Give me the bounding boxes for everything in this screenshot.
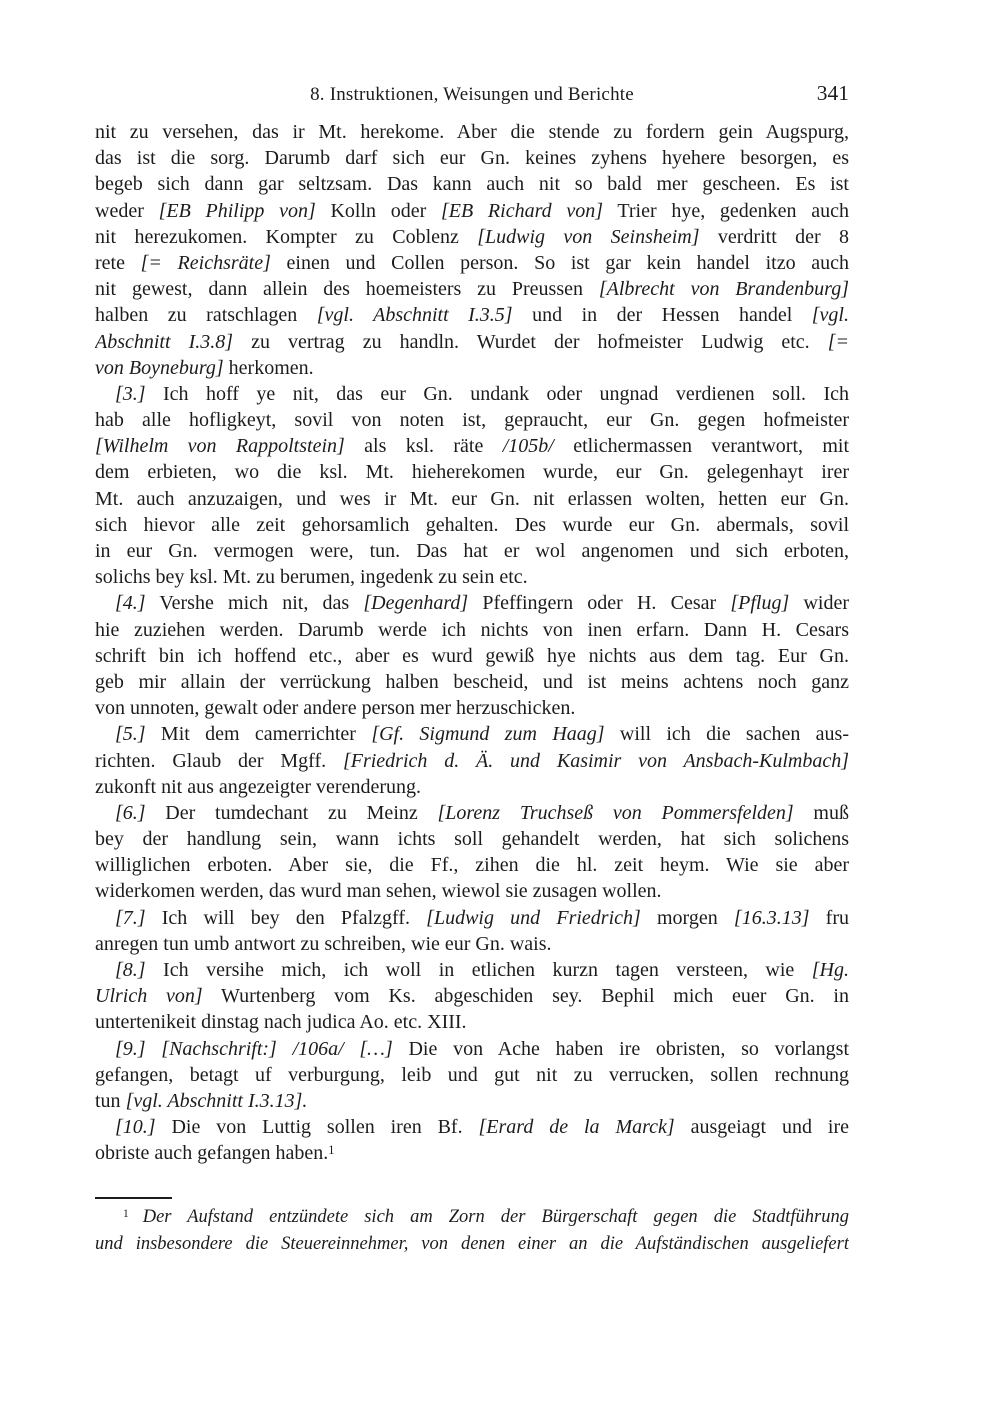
editorial-insertion: [vgl. Abschnitt I.3.13].	[126, 1090, 308, 1112]
text-line: tun [vgl. Abschnitt I.3.13].	[95, 1088, 849, 1114]
footnote-rule	[95, 1197, 172, 1199]
text-segment: verdritt der 8	[700, 226, 849, 248]
text-line: hie zuziehen werden. Darumb werde ich ni…	[95, 617, 849, 643]
text-line: das ist die sorg. Darumb darf sich eur G…	[95, 145, 849, 171]
editorial-insertion: [16.3.13]	[734, 907, 810, 929]
text-line: [8.] Ich versihe mich, ich woll in etlic…	[95, 957, 849, 983]
editorial-insertion: [4.]	[115, 592, 146, 614]
text-line: [5.] Mit dem camerrichter [Gf. Sigmund z…	[95, 721, 849, 747]
text-line: solichs bey ksl. Mt. zu berumen, ingeden…	[95, 564, 849, 590]
text-segment: weder	[95, 200, 159, 222]
text-segment: einen und Collen person. So ist gar kein…	[271, 252, 849, 274]
text-segment: Pfeffingern oder H. Cesar	[468, 592, 730, 614]
text-segment: Mt. auch anzuzaigen, und wes ir Mt. eur …	[95, 488, 849, 510]
editorial-insertion: [Pflug]	[730, 592, 789, 614]
text-segment: Wurtenberg vom Ks. abgeschiden sey. Beph…	[203, 985, 849, 1007]
text-segment: herkomen.	[224, 357, 314, 379]
text-line: geb mir allain der verrückung halben bes…	[95, 669, 849, 695]
text-segment: Ich versihe mich, ich woll in etlichen k…	[146, 959, 812, 981]
editorial-insertion: [Wilhelm von Rappoltstein]	[95, 435, 345, 457]
text-line: [7.] Ich will bey den Pfalzgff. [Ludwig …	[95, 905, 849, 931]
text-segment: Trier hye, gedenken auch	[603, 200, 849, 222]
text-line: anregen tun umb antwort zu schreiben, wi…	[95, 931, 849, 957]
text-line: [4.] Vershe mich nit, das [Degenhard] Pf…	[95, 590, 849, 616]
editorial-insertion: von Boyneburg]	[95, 357, 224, 379]
text-segment: nit herezukomen. Kompter zu Coblenz	[95, 226, 477, 248]
text-line: zukonft nit aus angezeigter verenderung.	[95, 774, 849, 800]
text-line: [9.] [Nachschrift:] /106a/ […] Die von A…	[95, 1036, 849, 1062]
text-segment: halben zu ratschlagen	[95, 304, 317, 326]
text-line: [3.] Ich hoff ye nit, das eur Gn. undank…	[95, 381, 849, 407]
text-segment: das ist die sorg. Darumb darf sich eur G…	[95, 147, 849, 169]
editorial-insertion: [3.]	[115, 383, 146, 405]
editorial-insertion: [Ludwig und Friedrich]	[426, 907, 641, 929]
text-segment: zu vertrag zu handln. Wurdet der hofmeis…	[233, 331, 828, 353]
editorial-insertion: [= Reichsräte]	[141, 252, 271, 274]
text-segment: muß	[794, 802, 849, 824]
text-line: hab alle hofligkeyt, sovil von noten ist…	[95, 407, 849, 433]
text-segment: solichs bey ksl. Mt. zu berumen, ingeden…	[95, 566, 528, 588]
editorial-insertion: [Lorenz Truchseß von Pommersfelden]	[437, 802, 793, 824]
text-line: [Wilhelm von Rappoltstein] als ksl. räte…	[95, 433, 849, 459]
editorial-insertion: [8.]	[115, 959, 146, 981]
text-segment: richten. Glaub der Mgff.	[95, 750, 343, 772]
text-line: nit zu versehen, das ir Mt. herekome. Ab…	[95, 119, 849, 145]
text-line: nit gewest, dann allein des hoemeisters …	[95, 276, 849, 302]
text-line: sich hievor alle zeit gehorsamlich gehal…	[95, 512, 849, 538]
text-line: obriste auch gefangen haben.1	[95, 1140, 849, 1166]
editorial-insertion: [9.] [Nachschrift:] /106a/ […]	[115, 1038, 393, 1060]
editorial-insertion: und insbesondere die Steuereinnehmer, vo…	[95, 1234, 849, 1254]
text-line: untertenikeit dinstag nach judica Ao. et…	[95, 1009, 849, 1035]
running-head: 8. Instruktionen, Weisungen und Berichte…	[95, 82, 849, 108]
text-line: bey der handlung sein, wann ichts soll g…	[95, 826, 849, 852]
text-segment: dem erbieten, wo die ksl. Mt. hieherekom…	[95, 461, 849, 483]
text-segment: als ksl. räte	[345, 435, 503, 457]
editorial-insertion: [10.]	[115, 1116, 156, 1138]
footnote-marker: 1	[123, 1208, 129, 1220]
footnote-text: 1Der Aufstand entzündete sich am Zorn de…	[95, 1204, 849, 1257]
text-line: [6.] Der tumdechant zu Meinz [Lorenz Tru…	[95, 800, 849, 826]
editorial-insertion: [Gf. Sigmund zum Haag]	[371, 723, 604, 745]
text-segment: wider	[789, 592, 849, 614]
footnote-line: und insbesondere die Steuereinnehmer, vo…	[95, 1231, 849, 1258]
text-segment: begeb sich dann gar seltzsam. Das kann a…	[95, 173, 849, 195]
editorial-insertion: [7.]	[115, 907, 146, 929]
text-segment: von unnoten, gewalt oder andere person m…	[95, 697, 575, 719]
editorial-insertion: Ulrich von]	[95, 985, 203, 1007]
text-segment: hie zuziehen werden. Darumb werde ich ni…	[95, 619, 849, 641]
text-segment: in eur Gn. vermogen were, tun. Das hat e…	[95, 540, 849, 562]
editorial-insertion: [Hg.	[812, 959, 849, 981]
body-text: nit zu versehen, das ir Mt. herekome. Ab…	[95, 119, 849, 1167]
text-line: in eur Gn. vermogen were, tun. Das hat e…	[95, 538, 849, 564]
editorial-insertion: [Friedrich d. Ä. und Kasimir von Ansbach…	[343, 750, 849, 772]
text-line: gefangen, betagt uf verburgung, leib und…	[95, 1062, 849, 1088]
text-line: nit herezukomen. Kompter zu Coblenz [Lud…	[95, 224, 849, 250]
editorial-insertion: [Albrecht von Brandenburg]	[599, 278, 849, 300]
text-segment: Der tumdechant zu Meinz	[146, 802, 438, 824]
text-segment: nit gewest, dann allein des hoemeisters …	[95, 278, 599, 300]
text-segment: williglichen erboten. Aber sie, die Ff.,…	[95, 854, 849, 876]
text-line: von unnoten, gewalt oder andere person m…	[95, 695, 849, 721]
text-segment: hab alle hofligkeyt, sovil von noten ist…	[95, 409, 849, 431]
text-line: halben zu ratschlagen [vgl. Abschnitt I.…	[95, 302, 849, 328]
text-line: schrift bin ich hoffend etc., aber es wu…	[95, 643, 849, 669]
text-segment: Ich hoff ye nit, das eur Gn. undank oder…	[146, 383, 849, 405]
text-segment: Mit dem camerrichter	[146, 723, 372, 745]
text-segment: ausgeiagt und ire	[675, 1116, 849, 1138]
text-segment: Die von Luttig sollen iren Bf.	[156, 1116, 479, 1138]
text-segment: und in der Hessen handel	[513, 304, 812, 326]
text-segment: gefangen, betagt uf verburgung, leib und…	[95, 1064, 849, 1086]
text-segment: Vershe mich nit, das	[146, 592, 364, 614]
editorial-insertion: Abschnitt I.3.8]	[95, 331, 233, 353]
text-segment: tun	[95, 1090, 126, 1112]
text-segment: obriste auch gefangen haben.	[95, 1142, 328, 1164]
text-line: begeb sich dann gar seltzsam. Das kann a…	[95, 171, 849, 197]
editorial-insertion: [Erard de la Marck]	[479, 1116, 675, 1138]
editorial-insertion: [EB Philipp von]	[159, 200, 316, 222]
text-segment: Kolln oder	[316, 200, 441, 222]
text-line: Abschnitt I.3.8] zu vertrag zu handln. W…	[95, 329, 849, 355]
editorial-insertion: [5.]	[115, 723, 146, 745]
text-line: von Boyneburg] herkomen.	[95, 355, 849, 381]
text-segment: nit zu versehen, das ir Mt. herekome. Ab…	[95, 121, 849, 143]
editorial-insertion: [=	[828, 331, 849, 353]
text-line: weder [EB Philipp von] Kolln oder [EB Ri…	[95, 198, 849, 224]
text-segment: geb mir allain der verrückung halben bes…	[95, 671, 849, 693]
editorial-insertion: [Degenhard]	[363, 592, 468, 614]
editorial-insertion: [EB Richard von]	[441, 200, 603, 222]
text-line: dem erbieten, wo die ksl. Mt. hieherekom…	[95, 459, 849, 485]
text-segment: sich hievor alle zeit gehorsamlich gehal…	[95, 514, 849, 536]
text-line: [10.] Die von Luttig sollen iren Bf. [Er…	[95, 1114, 849, 1140]
section-title: 8. Instruktionen, Weisungen und Berichte	[95, 82, 849, 108]
text-line: williglichen erboten. Aber sie, die Ff.,…	[95, 852, 849, 878]
text-line: rete [= Reichsräte] einen und Collen per…	[95, 250, 849, 276]
text-line: Mt. auch anzuzaigen, und wes ir Mt. eur …	[95, 486, 849, 512]
text-segment: zukonft nit aus angezeigter verenderung.	[95, 776, 421, 798]
text-segment: rete	[95, 252, 141, 274]
book-page: 8. Instruktionen, Weisungen und Berichte…	[0, 0, 1004, 1418]
text-segment: untertenikeit dinstag nach judica Ao. et…	[95, 1011, 467, 1033]
text-segment: morgen	[641, 907, 734, 929]
editorial-insertion: /105b/	[503, 435, 554, 457]
editorial-insertion: [vgl.	[812, 304, 849, 326]
text-segment: bey der handlung sein, wann ichts soll g…	[95, 828, 849, 850]
text-segment: fru	[809, 907, 849, 929]
editorial-insertion: [vgl. Abschnitt I.3.5]	[317, 304, 513, 326]
text-segment: will ich die sachen aus-	[605, 723, 849, 745]
editorial-insertion: [Ludwig von Seinsheim]	[477, 226, 699, 248]
editorial-insertion: [6.]	[115, 802, 146, 824]
text-segment: Die von Ache haben ire obristen, so vorl…	[393, 1038, 849, 1060]
text-line: Ulrich von] Wurtenberg vom Ks. abgeschid…	[95, 983, 849, 1009]
text-line: richten. Glaub der Mgff. [Friedrich d. Ä…	[95, 748, 849, 774]
footnote-line: 1Der Aufstand entzündete sich am Zorn de…	[95, 1204, 849, 1231]
text-segment: etlichermassen verantwort, mit	[554, 435, 849, 457]
text-segment: anregen tun umb antwort zu schreiben, wi…	[95, 933, 552, 955]
footnote-marker: 1	[328, 1143, 334, 1157]
text-line: widerkomen werden, das wurd man sehen, w…	[95, 878, 849, 904]
editorial-insertion: Der Aufstand entzündete sich am Zorn der…	[143, 1207, 849, 1227]
text-segment: widerkomen werden, das wurd man sehen, w…	[95, 880, 662, 902]
text-segment: schrift bin ich hoffend etc., aber es wu…	[95, 645, 849, 667]
page-number: 341	[817, 80, 849, 106]
text-segment: Ich will bey den Pfalzgff.	[146, 907, 427, 929]
